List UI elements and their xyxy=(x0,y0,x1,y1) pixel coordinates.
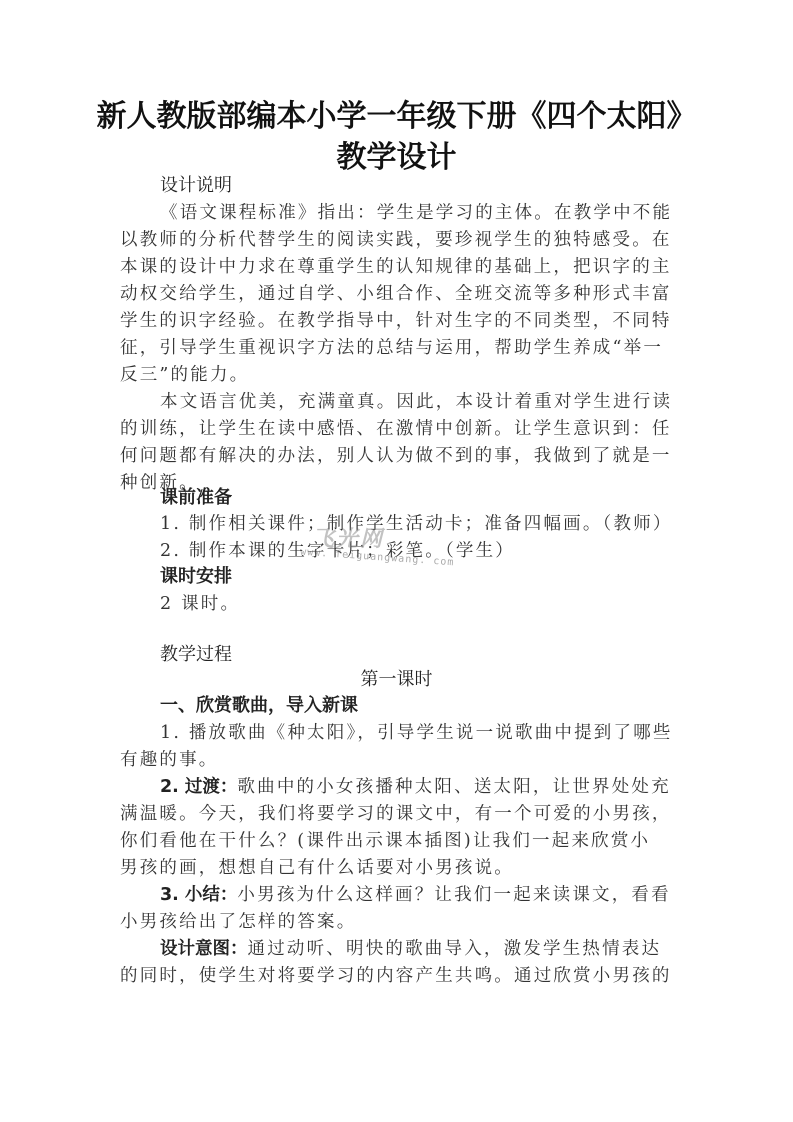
paragraph-line: 小男孩给出了怎样的答案。 xyxy=(120,910,680,934)
paragraph-line: 动权交给学生，通过自学、小组合作、全班交流等多种形式丰富 xyxy=(120,282,680,306)
paragraph-line: 学生的识字经验。在教学指导中，针对生字的不同类型，不同特 xyxy=(120,309,680,333)
schedule-heading: 课时安排 xyxy=(160,565,232,589)
preparation-item: 2. 制作本课的生字卡片；彩笔。（学生） xyxy=(160,539,690,563)
step3-label: 3. 小结： xyxy=(160,885,237,905)
schedule-text: 2 课时。 xyxy=(160,592,720,616)
paragraph-line: 反三”的能力。 xyxy=(120,363,680,387)
paragraph-line: 的同时，使学生对将要学习的内容产生共鸣。通过欣赏小男孩的 xyxy=(120,964,680,988)
paragraph-line: 3. 小结：小男孩为什么这样画？让我们一起来读课文，看看 xyxy=(160,883,720,907)
paragraph-line: 《语文课程标准》指出：学生是学习的主体。在教学中不能 xyxy=(160,201,720,225)
part1-heading: 一、欣赏歌曲，导入新课 xyxy=(160,694,358,718)
step3-text: 小男孩为什么这样画？让我们一起来读课文，看看 xyxy=(237,885,670,905)
paragraph-line: 本文语言优美，充满童真。因此，本设计着重对学生进行读 xyxy=(160,390,720,414)
step2-text: 歌曲中的小女孩播种太阳、送太阳，让世界处处充 xyxy=(237,777,670,797)
paragraph-line: 设计意图：通过动听、明快的歌曲导入，激发学生热情表达 xyxy=(160,937,720,961)
paragraph-line: 你们看他在干什么？(课件出示课本插图)让我们一起来欣赏小 xyxy=(120,829,680,853)
lesson-title: 第一课时 xyxy=(0,668,793,692)
step2-label: 2. 过渡： xyxy=(160,777,237,797)
paragraph-line: 男孩的画，想想自己有什么话要对小男孩说。 xyxy=(120,856,680,880)
paragraph-line: 本课的设计中力求在尊重学生的认知规律的基础上，把识字的主 xyxy=(120,255,680,279)
design-note-heading: 设计说明 xyxy=(160,174,232,198)
paragraph-line: 以教师的分析代替学生的阅读实践，要珍视学生的独特感受。在 xyxy=(120,228,680,252)
process-heading: 教学过程 xyxy=(160,643,232,667)
preparation-heading: 课前准备 xyxy=(160,486,232,510)
intent-text: 通过动听、明快的歌曲导入，激发学生热情表达 xyxy=(248,939,662,959)
document-page: 新人教版部编本小学一年级下册《四个太阳》 教学设计 设计说明 《语文课程标准》指… xyxy=(0,0,793,1122)
paragraph-line: 的训练，让学生在读中感悟、在激情中创新。让学生意识到：任 xyxy=(120,417,680,441)
paragraph-line: 何问题都有解决的办法，别人认为做不到的事，我做到了就是一 xyxy=(120,444,680,468)
document-title-line1: 新人教版部编本小学一年级下册《四个太阳》 xyxy=(0,97,793,137)
paragraph-line: 1. 播放歌曲《种太阳》，引导学生说一说歌曲中提到了哪些 xyxy=(160,721,720,745)
paragraph-line: 2. 过渡：歌曲中的小女孩播种太阳、送太阳，让世界处处充 xyxy=(160,775,720,799)
paragraph-line: 有趣的事。 xyxy=(120,748,680,772)
paragraph-line: 满温暖。今天，我们将要学习的课文中，有一个可爱的小男孩， xyxy=(120,802,680,826)
document-title-line2: 教学设计 xyxy=(0,138,793,178)
paragraph-line: 征，引导学生重视识字方法的总结与运用，帮助学生养成“举一 xyxy=(120,336,680,360)
preparation-item: 1. 制作相关课件；制作学生活动卡；准备四幅画。（教师） xyxy=(160,512,690,536)
intent-label: 设计意图： xyxy=(160,939,248,959)
